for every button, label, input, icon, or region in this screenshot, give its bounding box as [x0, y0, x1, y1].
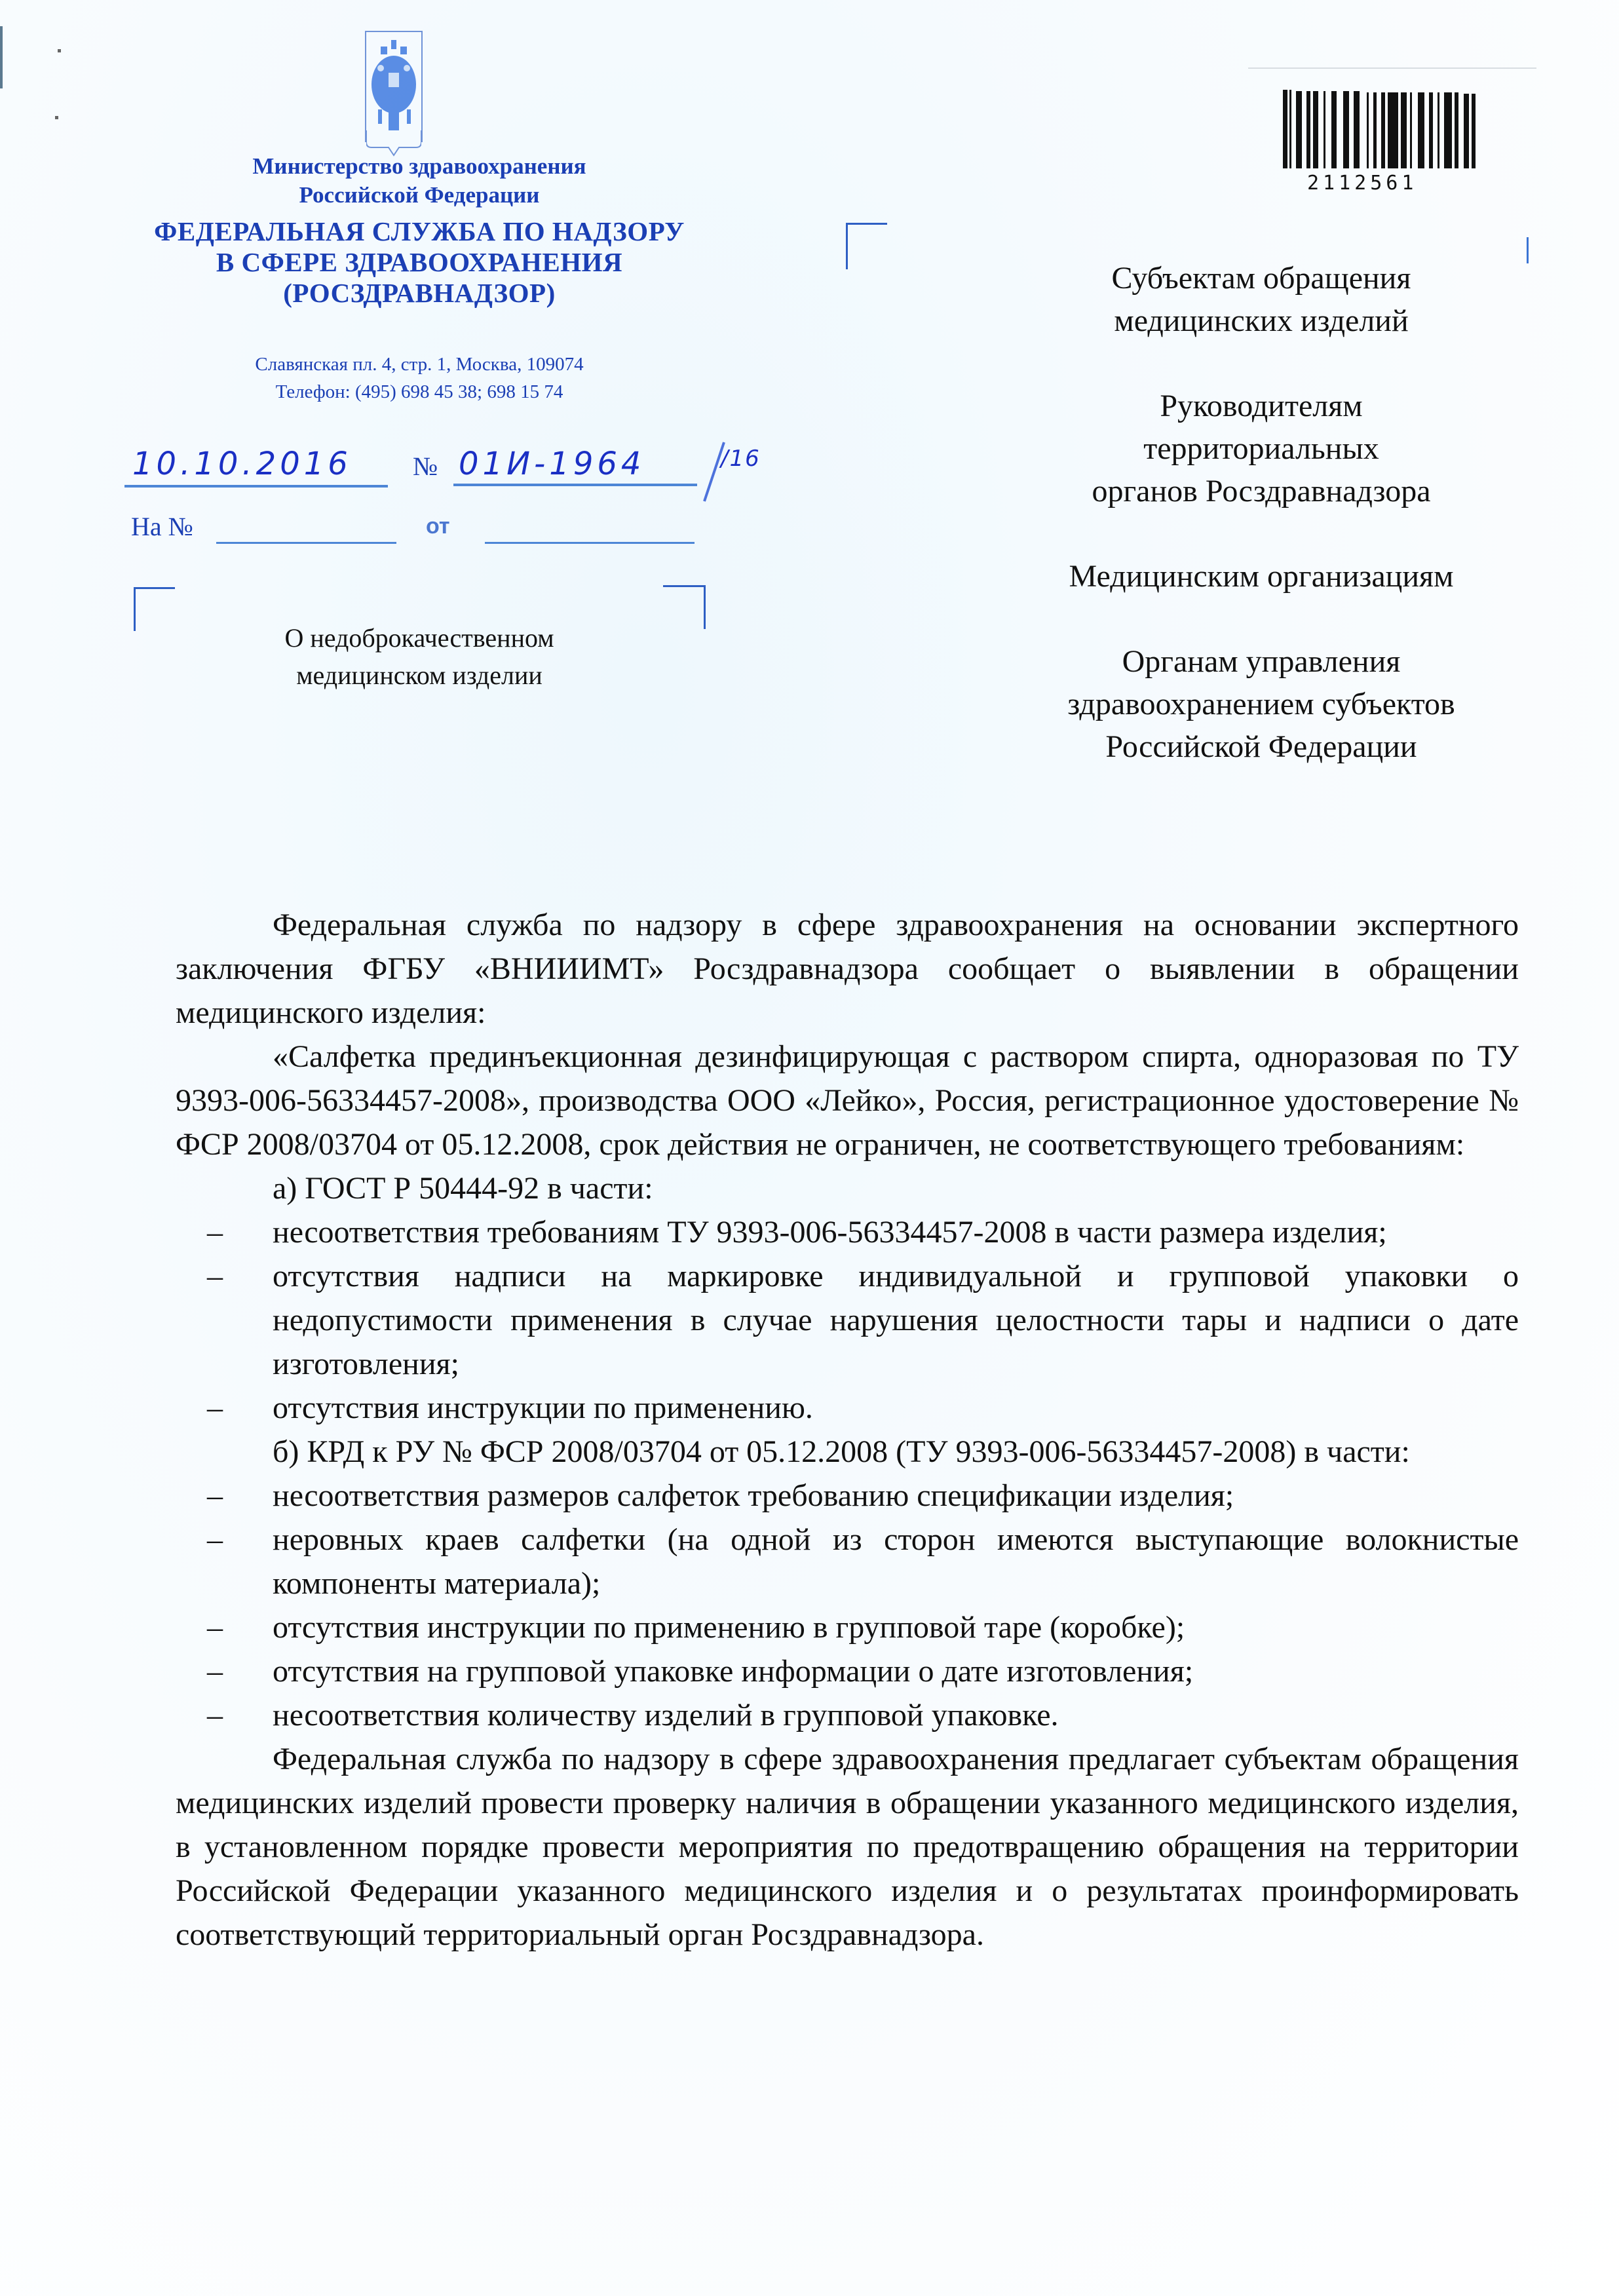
list-item: – несоответствия требованиям ТУ 9393-006… [176, 1210, 1519, 1254]
addressee-item: Органам управления здравоохранением субъ… [983, 640, 1540, 768]
addressee-item: Медицинским организациям [983, 555, 1540, 598]
ministry-name: Министерство здравоохранения Российской … [183, 152, 655, 210]
section-a-heading: а) ГОСТ Р 50444-92 в части: [176, 1166, 1519, 1210]
addressee-item: Субъектам обращения медицинских изделий [983, 257, 1540, 342]
dash-bullet: – [207, 1210, 223, 1254]
list-item: – отсутствия на групповой упаковке инфор… [176, 1649, 1519, 1693]
dash-bullet: – [207, 1474, 223, 1518]
list-item: – отсутствия инструкции по применению в … [176, 1605, 1519, 1649]
subject-bracket-right [663, 585, 706, 629]
barcode-icon [1282, 90, 1477, 172]
reply-date-field [485, 511, 695, 537]
coat-of-arms-icon [365, 31, 423, 142]
barcode-number: 2112561 [1307, 172, 1417, 195]
dash-bullet: – [207, 1605, 223, 1649]
number-underline [453, 484, 697, 486]
addressee-bracket-left [846, 223, 887, 269]
scan-dust-mark [58, 49, 61, 52]
addressee-item: Руководителям территориальных органов Ро… [983, 385, 1540, 512]
number-sign: № [413, 451, 438, 482]
address-line: Славянская пл. 4, стр. 1, Москва, 109074 [151, 351, 688, 378]
scan-rule [1248, 67, 1536, 69]
reply-number-field [216, 511, 400, 537]
dash-bullet: – [207, 1693, 223, 1737]
reply-reference-line: На № от [131, 511, 721, 550]
reply-number-label: На № [131, 511, 193, 542]
reply-number-underline [216, 542, 396, 544]
addressee-block: Субъектам обращения медицинских изделий … [983, 257, 1540, 811]
phone-line: Телефон: (495) 698 45 38; 698 15 74 [151, 378, 688, 406]
date-underline [124, 485, 388, 488]
dash-bullet: – [207, 1254, 223, 1298]
intro-paragraph: Федеральная служба по надзору в сфере зд… [176, 903, 1519, 1035]
list-item: – отсутствия надписи на маркировке индив… [176, 1254, 1519, 1386]
section-b-heading: б) КРД к РУ № ФСР 2008/03704 от 05.12.20… [176, 1430, 1519, 1474]
scan-edge-mark [0, 26, 3, 88]
letter-subject: О недоброкачественном медицинском издели… [197, 619, 642, 694]
subject-bracket-left [134, 587, 175, 631]
conclusion-paragraph: Федеральная служба по надзору в сфере зд… [176, 1737, 1519, 1957]
dash-bullet: – [207, 1386, 223, 1430]
dash-bullet: – [207, 1649, 223, 1693]
letter-body: Федеральная служба по надзору в сфере зд… [176, 903, 1519, 1957]
service-name: ФЕДЕРАЛЬНАЯ СЛУЖБА ПО НАДЗОРУ В СФЕРЕ ЗД… [118, 216, 721, 309]
list-item: – неровных краев салфетки (на одной из с… [176, 1518, 1519, 1605]
registration-number-suffix: /16 [721, 446, 761, 472]
registration-line: 10.10.2016 № 01И-1964 /16 [124, 446, 714, 491]
scan-dust-mark [55, 116, 58, 119]
registration-number: 01И-1964 [459, 446, 645, 482]
registration-date: 10.10.2016 [132, 446, 352, 482]
list-item: – несоответствия количеству изделий в гр… [176, 1693, 1519, 1737]
list-item: – отсутствия инструкции по применению. [176, 1386, 1519, 1430]
list-item: – несоответствия размеров салфеток требо… [176, 1474, 1519, 1518]
reply-date-underline [485, 542, 695, 544]
service-contacts: Славянская пл. 4, стр. 1, Москва, 109074… [151, 351, 688, 406]
dash-bullet: – [207, 1518, 223, 1561]
product-paragraph: «Салфетка прединъекционная дезинфицирующ… [176, 1035, 1519, 1166]
reply-date-label: от [426, 514, 450, 539]
